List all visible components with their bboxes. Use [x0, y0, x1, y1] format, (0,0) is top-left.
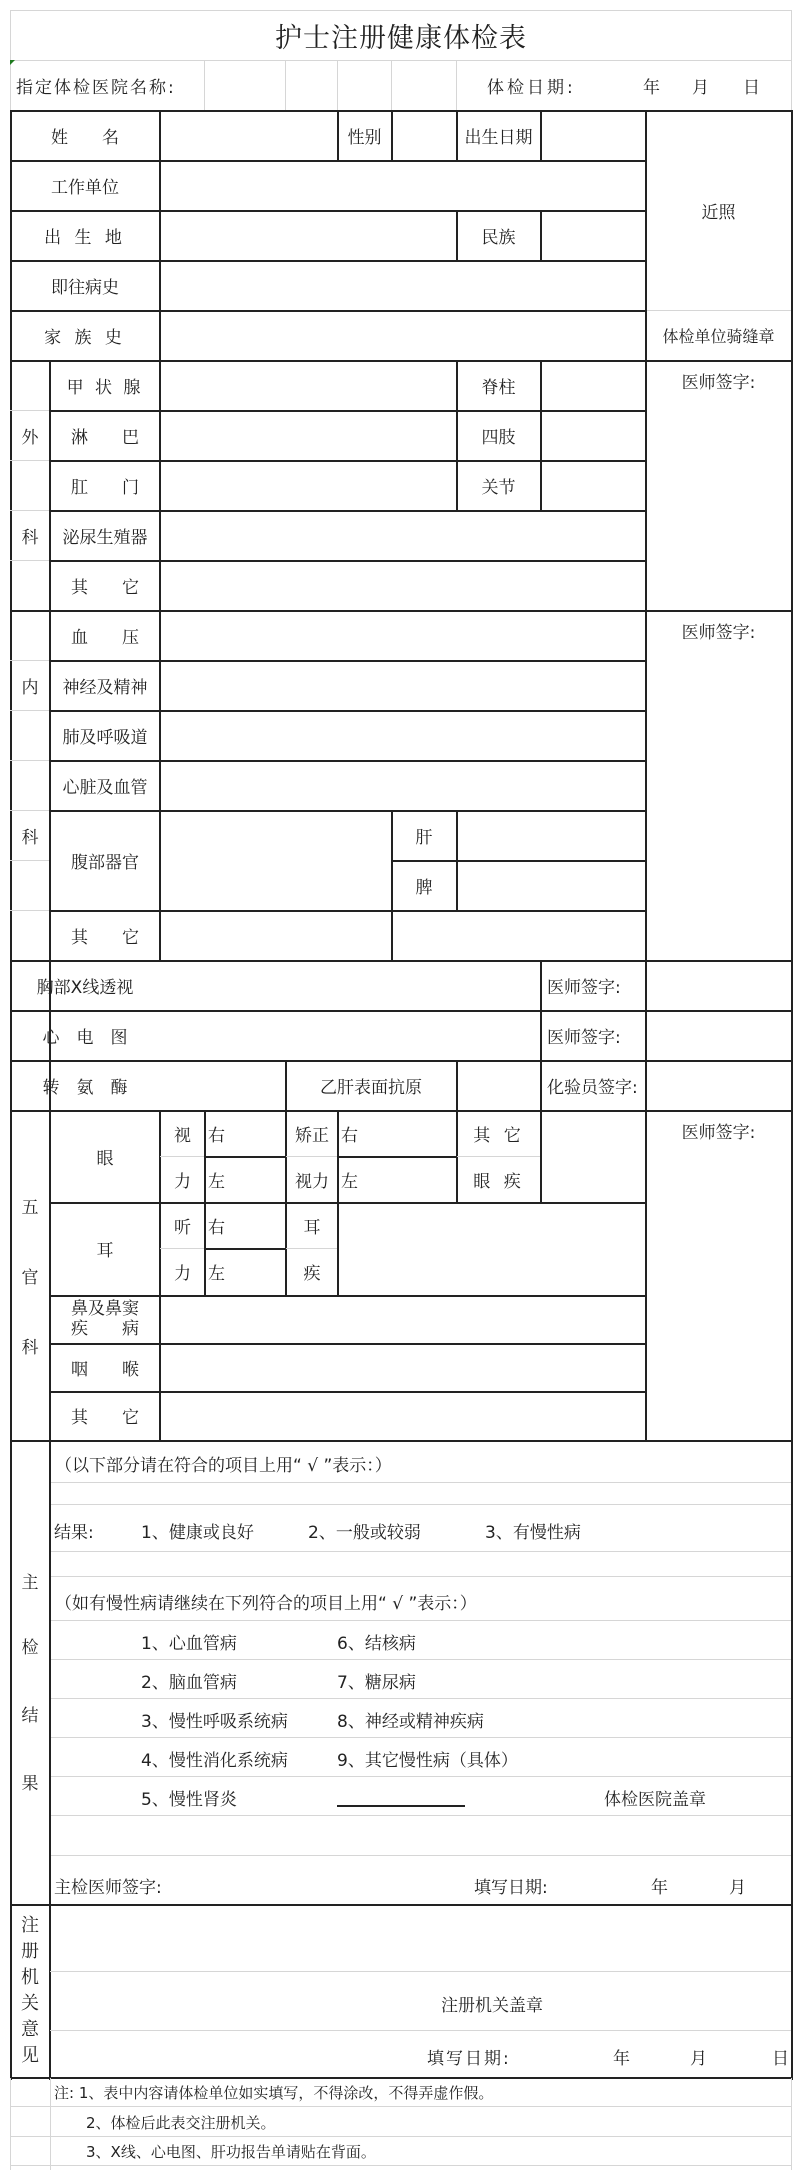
abdominal-organs-label: 腹部器官: [50, 810, 160, 910]
disease-option[interactable]: 5、慢性肾炎: [141, 1785, 237, 1810]
gridline: [10, 710, 49, 711]
other-eye-label-bottom: 眼 疾: [457, 1156, 541, 1202]
main-result-section-char: 果: [10, 1766, 50, 1796]
gridline: [50, 1620, 791, 1621]
disease-option[interactable]: 2、脑血管病: [141, 1668, 237, 1693]
eye-label: 眼: [50, 1110, 160, 1202]
gridline: [50, 1971, 791, 1972]
chief-doctor-signature-label: 主检医师签字:: [54, 1873, 162, 1898]
ecg-signature[interactable]: 医师签字:: [541, 1010, 791, 1060]
registration-seal-label: 注册机关盖章: [441, 1991, 543, 2016]
neuro-mental-field[interactable]: [161, 662, 645, 710]
corrected-left-field[interactable]: 左: [339, 1156, 456, 1202]
ent-section-char: 官: [10, 1260, 50, 1290]
blood-pressure-label: 血 压: [50, 610, 160, 660]
disease-option[interactable]: 1、心血管病: [141, 1629, 237, 1654]
ethnicity-field[interactable]: [542, 212, 645, 260]
hearing-label-bottom: 力: [160, 1248, 205, 1295]
surgery-section-char: 科: [10, 510, 50, 560]
gridline: [10, 2078, 11, 2170]
registration-opinion-field[interactable]: [52, 1907, 791, 1971]
seam-seal-label: 体检单位骑缝章: [646, 310, 791, 360]
neuro-mental-label: 神经及精神: [50, 660, 160, 710]
gridline: [791, 2078, 792, 2170]
registration-section-char: 关: [21, 1991, 39, 2017]
surgery-doctor-signature[interactable]: 医师签字:: [646, 360, 791, 610]
family-history-field[interactable]: [161, 312, 645, 360]
form-title: 护士注册健康体检表: [10, 10, 792, 60]
limbs-label: 四肢: [456, 410, 541, 460]
registration-section-char: 注: [21, 1913, 39, 1939]
gridline: [50, 1482, 791, 1483]
urogenital-label: 泌尿生殖器: [50, 510, 160, 560]
registration-fill-date-label: 填写日期:: [427, 2044, 511, 2069]
gridline: [50, 1659, 791, 1660]
hearing-left-field[interactable]: 左: [206, 1248, 286, 1295]
past-history-field[interactable]: [161, 262, 645, 310]
gridline: [10, 860, 49, 861]
gridline: [10, 760, 49, 761]
gridline: [50, 1698, 791, 1699]
gridline: [50, 2078, 51, 2170]
hearing-label-top: 听: [160, 1202, 205, 1248]
liver-field[interactable]: [458, 812, 645, 860]
corrected-vision-label-top: 矫正: [286, 1110, 338, 1156]
ecg-field[interactable]: [161, 1012, 540, 1060]
instruction-chronic: （如有慢性病请继续在下列符合的项目上用“ √ ”表示：）: [55, 1589, 477, 1614]
name-field[interactable]: [161, 112, 337, 160]
hospital-seal-label: 体检医院盖章: [604, 1785, 706, 1810]
gridline: [10, 460, 49, 461]
gender-label: 性别: [337, 110, 392, 160]
disease-option[interactable]: 9、其它慢性病（具体）: [337, 1746, 518, 1771]
result-option-healthy[interactable]: 1、健康或良好: [141, 1518, 254, 1543]
registration-section-char: 见: [21, 2043, 39, 2069]
table-border: [10, 1904, 793, 1906]
gridline: [50, 1551, 791, 1552]
throat-label: 咽 喉: [50, 1343, 160, 1391]
lab-technician-signature[interactable]: 化验员签字:: [541, 1060, 791, 1110]
surgery-section-char: 外: [10, 410, 50, 460]
table-border: [10, 1440, 793, 1442]
gridline: [50, 2030, 791, 2031]
note-line: 注: 1、表中内容请体检单位如实填写，不得涂改，不得弄虚作假。: [54, 2082, 493, 2103]
result-label: 结果:: [54, 1518, 94, 1543]
chief-doctor-signature-field[interactable]: [180, 1860, 460, 1900]
vision-right-field[interactable]: 右: [206, 1110, 286, 1156]
ear-label: 耳: [50, 1202, 160, 1295]
hospital-name-field[interactable]: [205, 60, 456, 110]
internal-section-char: 内: [10, 660, 50, 710]
family-history-label: 家 族 史: [10, 310, 160, 360]
heart-vessel-field[interactable]: [161, 762, 645, 810]
table-border: [791, 110, 793, 2080]
limbs-field[interactable]: [542, 412, 645, 460]
nose-sinus-field[interactable]: [161, 1297, 645, 1343]
hearing-right-field[interactable]: 右: [206, 1202, 286, 1248]
ent-other-label: 其 它: [50, 1391, 160, 1440]
spine-label: 脊柱: [456, 360, 541, 410]
gridline: [10, 560, 49, 561]
gridline: [50, 1576, 791, 1577]
registration-fill-date-year: 年: [613, 2044, 630, 2069]
disease-option[interactable]: 3、慢性呼吸系统病: [141, 1707, 288, 1732]
disease-option[interactable]: 8、神经或精神疾病: [337, 1707, 484, 1732]
hbsag-label: 乙肝表面抗原: [286, 1060, 456, 1110]
main-fill-date-label: 填写日期:: [474, 1873, 548, 1898]
hbsag-field[interactable]: [458, 1062, 540, 1110]
spleen-field[interactable]: [458, 862, 645, 910]
main-result-section-char: 结: [10, 1698, 50, 1728]
internal-other-label: 其 它: [50, 910, 160, 960]
nose-sinus-line1: 鼻及鼻窦: [71, 1299, 139, 1319]
alt-field[interactable]: [161, 1062, 285, 1110]
chest-xray-signature[interactable]: 医师签字:: [541, 960, 791, 1010]
anus-label: 肛 门: [50, 460, 160, 510]
corrected-right-field[interactable]: 右: [339, 1110, 456, 1156]
spleen-label: 脾: [391, 860, 457, 910]
lymph-field[interactable]: [161, 412, 456, 460]
anus-field[interactable]: [161, 462, 456, 510]
other-eye-label-top: 其 它: [457, 1110, 541, 1156]
joints-field[interactable]: [542, 462, 645, 510]
alt-label: 转 氨 酶: [10, 1060, 160, 1110]
hospital-name-label: 指定体检医院名称:: [10, 60, 210, 110]
disease-option[interactable]: 7、糖尿病: [337, 1668, 416, 1693]
birth-date-label: 出生日期: [456, 110, 541, 160]
thyroid-field[interactable]: [161, 362, 456, 410]
disease-option[interactable]: 6、结核病: [337, 1629, 416, 1654]
heart-vessel-label: 心脏及血管: [50, 760, 160, 810]
exam-date-year: 年: [643, 73, 660, 98]
main-result-section-char: 主: [10, 1565, 50, 1595]
registration-fill-date-month: 月: [690, 2044, 707, 2069]
registration-section-char: 意: [21, 2017, 39, 2043]
lymph-label: 淋 巴: [50, 410, 160, 460]
lung-respiratory-label: 肺及呼吸道: [50, 710, 160, 760]
vision-left-field[interactable]: 左: [206, 1156, 286, 1202]
chest-xray-label: 胸部X线透视: [10, 960, 160, 1010]
note-line: 3、X线、心电图、肝功报告单请贴在背面。: [86, 2141, 376, 2162]
exam-date-day: 日: [743, 73, 760, 98]
thyroid-label: 甲 状 腺: [50, 360, 160, 410]
other-chronic-specify-field[interactable]: [337, 1805, 465, 1807]
joints-label: 关节: [456, 460, 541, 510]
vision-label-bottom: 力: [160, 1156, 205, 1202]
ethnicity-label: 民族: [456, 210, 541, 260]
result-option-chronic[interactable]: 3、有慢性病: [485, 1518, 581, 1543]
workplace-label: 工作单位: [10, 160, 160, 210]
registration-section-char: 册: [21, 1939, 39, 1965]
disease-option[interactable]: 4、慢性消化系统病: [141, 1746, 288, 1771]
birthplace-label: 出 生 地: [10, 210, 160, 260]
exam-date-month: 月: [692, 73, 709, 98]
other-eye-disease-field[interactable]: [542, 1112, 645, 1202]
main-fill-date-month: 月: [729, 1873, 746, 1898]
surgery-other-field[interactable]: [161, 562, 645, 610]
note-line: 2、体检后此表交注册机关。: [86, 2112, 276, 2133]
birthplace-field[interactable]: [161, 212, 456, 260]
result-option-average[interactable]: 2、一般或较弱: [308, 1518, 421, 1543]
main-fill-date-year: 年: [651, 1873, 668, 1898]
main-result-section-char: 检: [10, 1630, 50, 1660]
gridline: [10, 2165, 792, 2166]
ent-other-field[interactable]: [161, 1393, 645, 1440]
nose-sinus-label: 鼻及鼻窦 疾 病: [50, 1295, 160, 1343]
gridline: [10, 2106, 792, 2107]
ent-section-char: 五: [10, 1190, 50, 1220]
internal-doctor-signature[interactable]: 医师签字:: [646, 610, 791, 960]
lung-respiratory-field[interactable]: [161, 712, 645, 760]
gender-field[interactable]: [393, 112, 456, 160]
abdominal-organs-field[interactable]: [161, 812, 391, 910]
internal-section-char: 科: [10, 810, 50, 860]
chest-xray-field[interactable]: [161, 962, 540, 1010]
gridline: [456, 60, 457, 110]
gridline: [10, 910, 49, 911]
ent-doctor-signature[interactable]: 医师签字:: [646, 1110, 791, 1440]
gridline: [50, 1737, 791, 1738]
throat-field[interactable]: [161, 1345, 645, 1391]
ear-disease-label-top: 耳: [286, 1202, 338, 1248]
name-label: 姓 名: [10, 110, 160, 160]
registration-fill-date-day: 日: [772, 2044, 789, 2069]
internal-other-field[interactable]: [161, 912, 645, 960]
gridline: [50, 1815, 791, 1816]
ent-section-char: 科: [10, 1330, 50, 1360]
surgery-other-label: 其 它: [50, 560, 160, 610]
exam-date-label: 体检日期:: [487, 73, 576, 98]
gridline: [50, 1855, 791, 1856]
photo-area: 近照: [646, 110, 791, 310]
ear-disease-label-bottom: 疾: [286, 1248, 338, 1295]
spine-field[interactable]: [542, 362, 645, 410]
registration-section-char: 机: [21, 1965, 39, 1991]
urogenital-field[interactable]: [161, 512, 645, 560]
blood-pressure-field[interactable]: [161, 612, 645, 660]
nose-sinus-line2: 疾 病: [71, 1319, 139, 1339]
birth-date-field[interactable]: [542, 112, 645, 160]
gridline: [10, 2136, 792, 2137]
gridline: [50, 1504, 791, 1505]
vision-label-top: 视: [160, 1110, 205, 1156]
workplace-field[interactable]: [161, 162, 645, 210]
registration-section-label: 注 册 机 关 意 见: [10, 1905, 50, 2077]
liver-label: 肝: [391, 810, 457, 860]
ecg-label: 心 电 图: [10, 1010, 160, 1060]
ear-disease-field[interactable]: [339, 1204, 645, 1295]
gridline: [50, 1776, 791, 1777]
past-history-label: 即往病史: [10, 260, 160, 310]
corrected-vision-label-bottom: 视力: [286, 1156, 338, 1202]
instruction-check-mark: （以下部分请在符合的项目上用“ √ ”表示：）: [55, 1451, 392, 1476]
table-border: [10, 2077, 793, 2079]
